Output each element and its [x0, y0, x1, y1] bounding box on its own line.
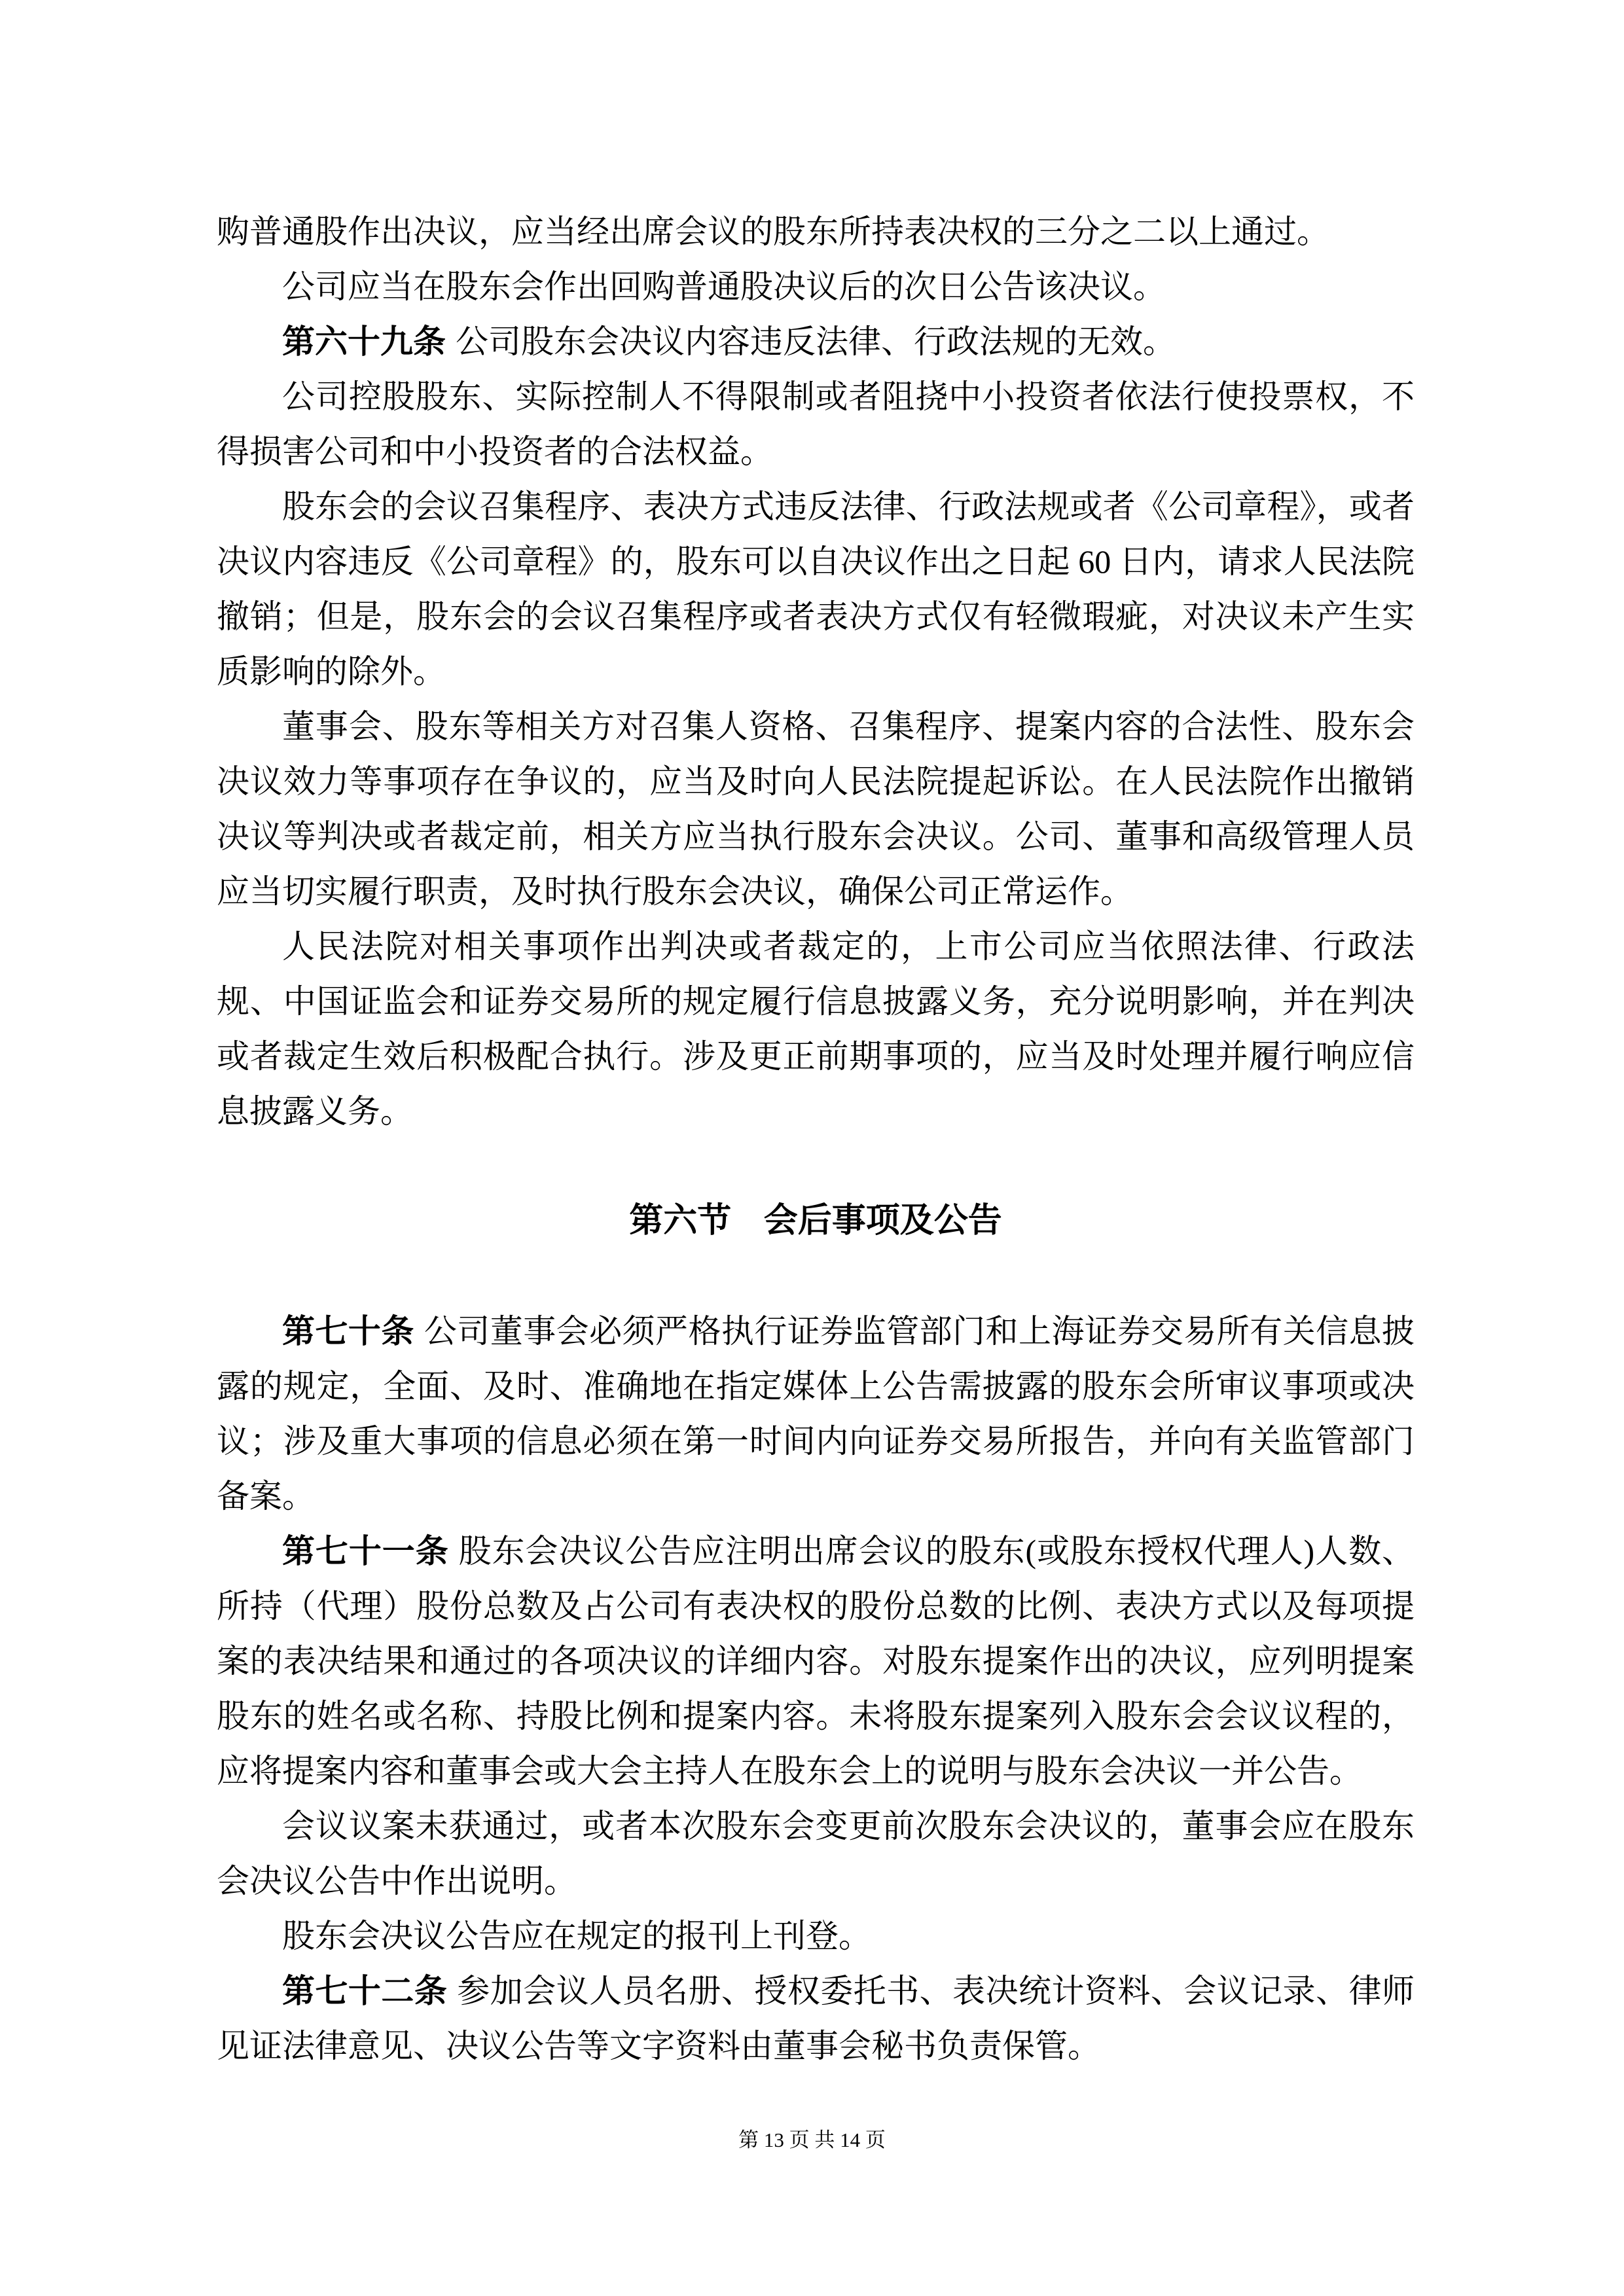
paragraph-text: 会议议案未获通过，或者本次股东会变更前次股东会决议的，董事会应在股东会决议公告中… [217, 1808, 1415, 1899]
paragraph: 购普通股作出决议，应当经出席会议的股东所持表决权的三分之二以上通过。 [217, 204, 1415, 259]
paragraph: 第七十条公司董事会必须严格执行证券监管部门和上海证券交易所有关信息披露的规定，全… [217, 1304, 1415, 1524]
document-page: 购普通股作出决议，应当经出席会议的股东所持表决权的三分之二以上通过。 公司应当在… [0, 0, 1624, 2296]
paragraph: 董事会、股东等相关方对召集人资格、召集程序、提案内容的合法性、股东会决议效力等事… [217, 699, 1415, 919]
paragraph-text: 董事会、股东等相关方对召集人资格、召集程序、提案内容的合法性、股东会决议效力等事… [217, 708, 1415, 910]
paragraph: 股东会的会议召集程序、表决方式违反法律、行政法规或者《公司章程》，或者决议内容违… [217, 479, 1415, 699]
paragraph: 第七十一条股东会决议公告应注明出席会议的股东(或股东授权代理人)人数、所持（代理… [217, 1524, 1415, 1799]
paragraph-text: 公司股东会决议内容违反法律、行政法规的无效。 [456, 323, 1176, 360]
article-number: 第七十条 [282, 1313, 414, 1350]
paragraph-text: 股东会的会议召集程序、表决方式违反法律、行政法规或者《公司章程》，或者决议内容违… [217, 488, 1415, 690]
paragraph: 第七十二条参加会议人员名册、授权委托书、表决统计资料、会议记录、律师见证法律意见… [217, 1964, 1415, 2073]
paragraph: 会议议案未获通过，或者本次股东会变更前次股东会决议的，董事会应在股东会决议公告中… [217, 1799, 1415, 1909]
article-number: 第七十二条 [282, 1973, 447, 2009]
paragraph-text: 股东会决议公告应在规定的报刊上刊登。 [282, 1918, 871, 1954]
paragraph: 第六十九条公司股东会决议内容违反法律、行政法规的无效。 [217, 314, 1415, 369]
section-number: 第六节 [629, 1202, 731, 1240]
paragraph-text: 人民法院对相关事项作出判决或者裁定的，上市公司应当依照法律、行政法规、中国证监会… [217, 928, 1415, 1130]
paragraph-text: 购普通股作出决议，应当经出席会议的股东所持表决权的三分之二以上通过。 [217, 213, 1329, 250]
article-number: 第七十一条 [282, 1533, 449, 1570]
paragraph: 公司应当在股东会作出回购普通股决议后的次日公告该决议。 [217, 259, 1415, 314]
paragraph-text: 公司控股股东、实际控制人不得限制或者阻挠中小投资者依法行使投票权，不得损害公司和… [217, 378, 1415, 470]
paragraph: 公司控股股东、实际控制人不得限制或者阻挠中小投资者依法行使投票权，不得损害公司和… [217, 369, 1415, 479]
section-heading: 第六节会后事项及公告 [217, 1194, 1415, 1249]
paragraph-text: 股东会决议公告应注明出席会议的股东(或股东授权代理人)人数、所持（代理）股份总数… [217, 1533, 1415, 1789]
section-title: 会后事项及公告 [764, 1202, 1002, 1240]
paragraph: 人民法院对相关事项作出判决或者裁定的，上市公司应当依照法律、行政法规、中国证监会… [217, 919, 1415, 1139]
paragraph: 股东会决议公告应在规定的报刊上刊登。 [217, 1909, 1415, 1964]
page-number: 第 13 页 共 14 页 [738, 2128, 886, 2151]
paragraph-text: 公司应当在股东会作出回购普通股决议后的次日公告该决议。 [282, 268, 1166, 305]
page-footer: 第 13 页 共 14 页 [0, 2126, 1624, 2155]
article-number: 第六十九条 [282, 323, 446, 360]
document-body: 购普通股作出决议，应当经出席会议的股东所持表决权的三分之二以上通过。 公司应当在… [217, 204, 1415, 2073]
